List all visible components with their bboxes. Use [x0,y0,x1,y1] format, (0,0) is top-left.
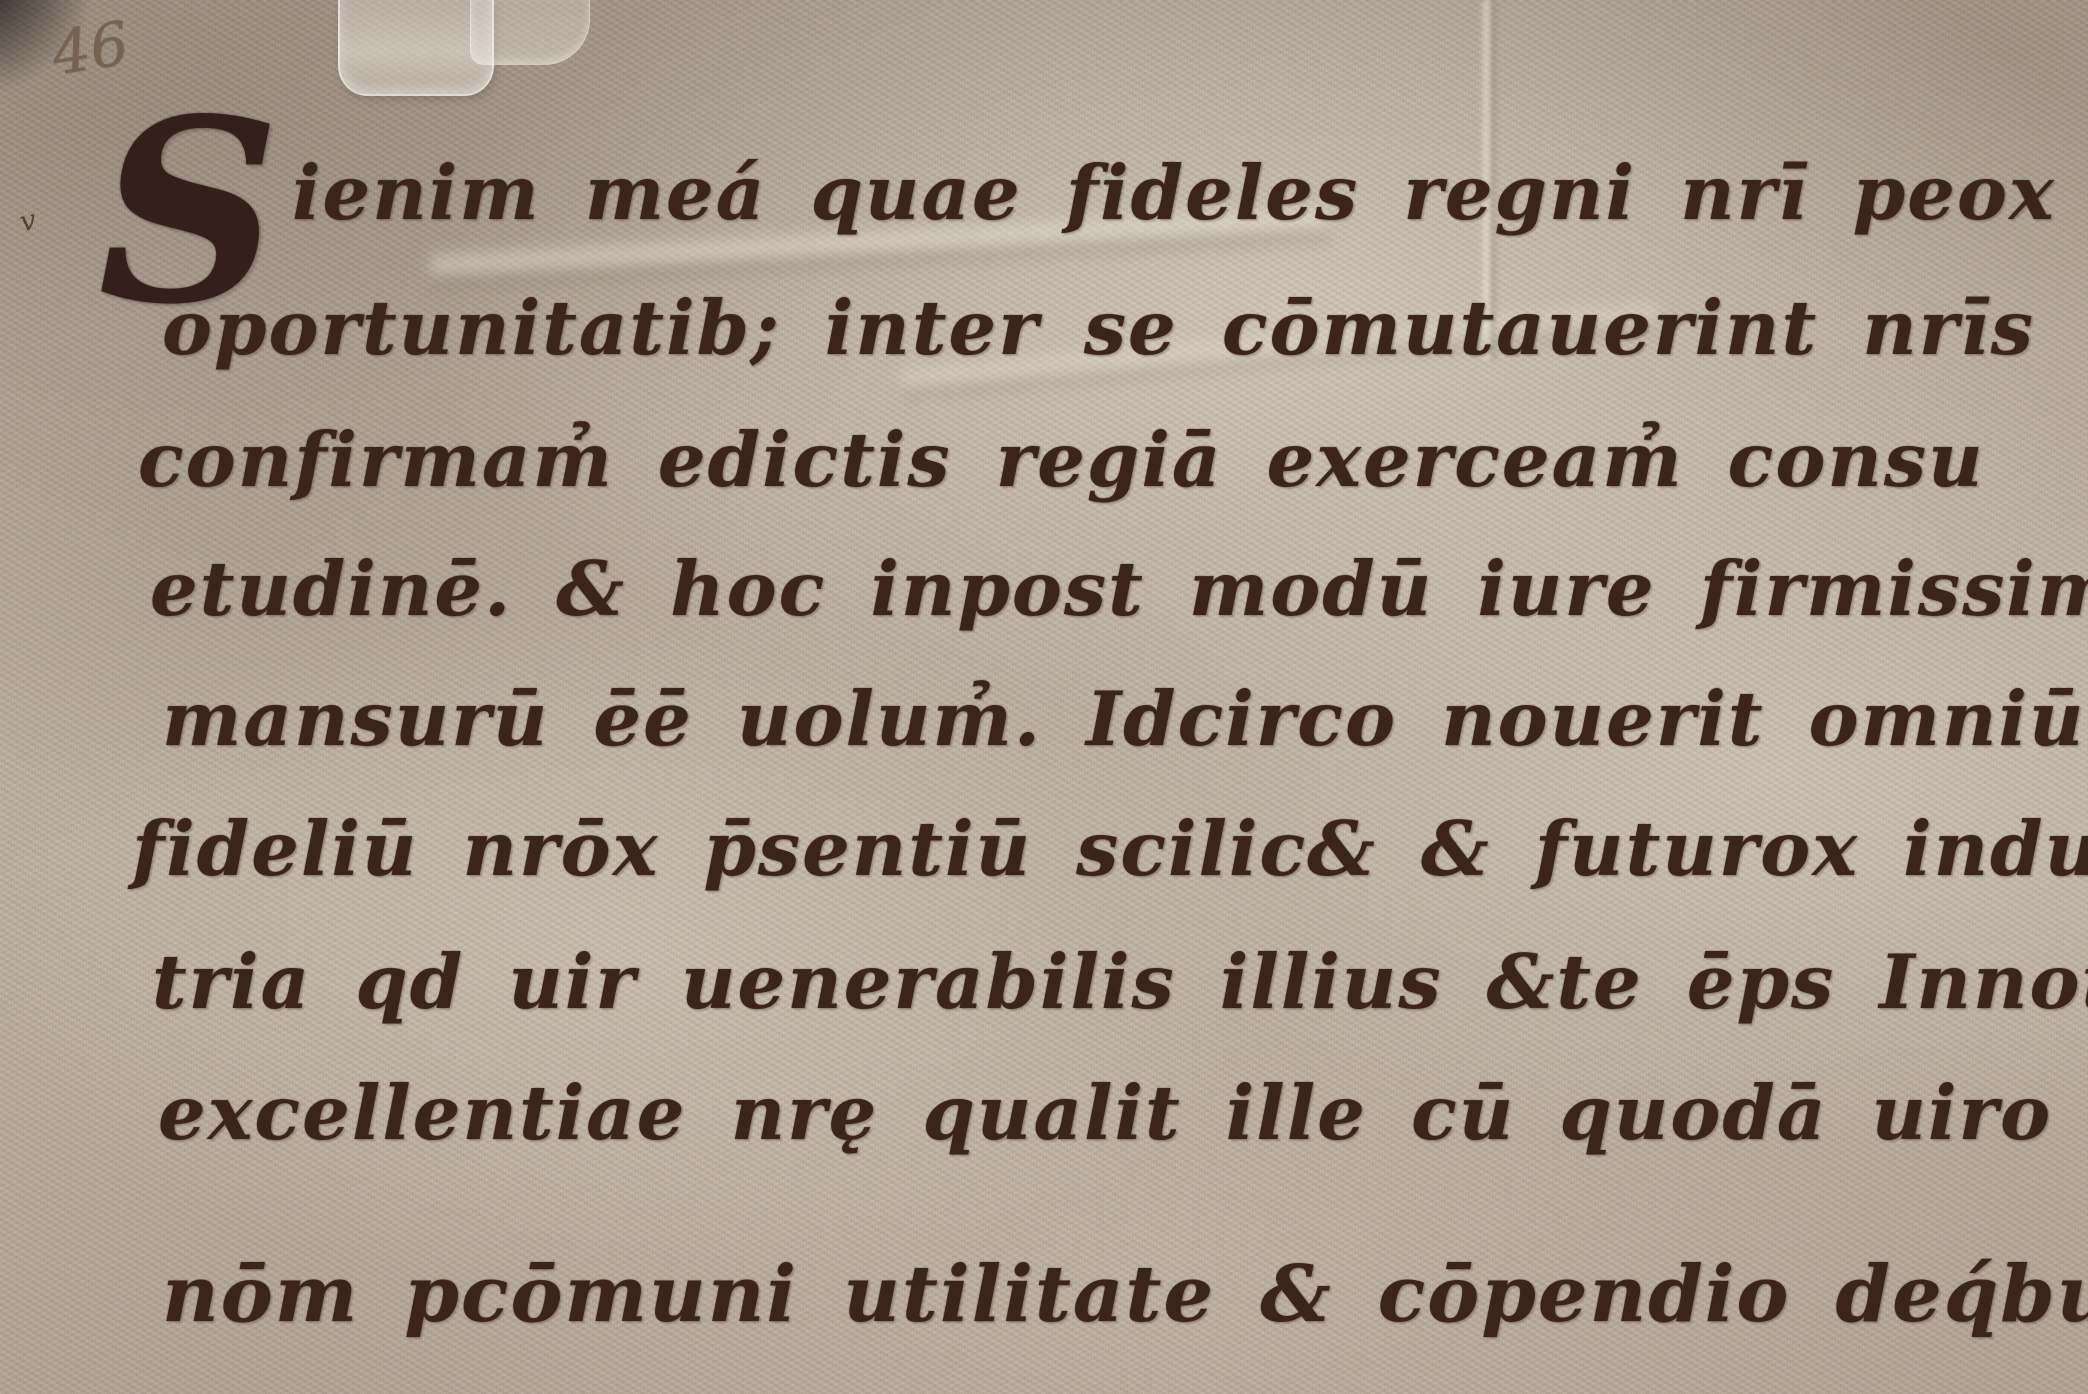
manuscript-page: 46 v S ienim meá quae fideles regni nrī … [0,0,2088,1394]
manuscript-line: tria qd uir uenerabilis illius &te ēps I… [152,945,2088,1020]
manuscript-line: oportunitatib; inter se cōmutauerint nrī… [162,291,2035,366]
margin-mark: v [17,203,39,239]
manuscript-line: confirmam̉ edictis regiā exerceam̉ consu [138,423,1985,498]
manuscript-line: ienim meá quae fideles regni nrī peox [292,156,2056,231]
plastic-bookmark-tab-fold [470,0,590,65]
manuscript-line: etudinē. & hoc inpost modū iure firmissi… [150,552,2088,627]
manuscript-line: mansurū ēē uolum̉. Idcirco nouerit omniū [162,682,2086,757]
manuscript-line: nōm pcōmuni utilitate & cōpendio deq́bus [162,1256,2088,1334]
manuscript-line: excellentiae nrę qualit ille cū quodā ui… [158,1076,2052,1151]
manuscript-line: fideliū nrōx p̄sentiū scilic& & futurox … [132,812,2088,887]
